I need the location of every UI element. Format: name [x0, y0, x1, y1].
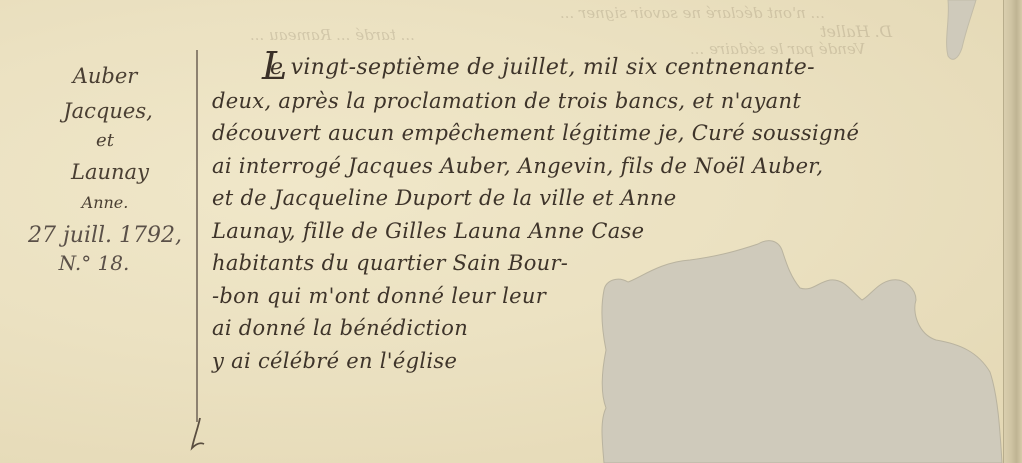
margin-surname-bride: Launay — [30, 162, 190, 183]
entry-line: e vingt-septième de juillet, mil six cen… — [212, 52, 1002, 85]
margin-note: Auber Jacques, et Launay Anne. 27 juill.… — [20, 66, 190, 273]
register-page: ... n'ont déclaré ne savoir signer ... .… — [0, 0, 1022, 463]
entry-line: ai donné la bénédiction — [212, 312, 1002, 345]
margin-conjunction: et — [20, 132, 190, 150]
entry-line: deux, après la proclamation de trois ban… — [212, 85, 1002, 118]
margin-date: 27 juill. 1792, — [20, 225, 190, 247]
entry-line: habitants du quartier Sain Bour- — [212, 247, 1002, 280]
entry-line: découvert aucun empêchement légitime je,… — [212, 117, 1002, 150]
entry-line: et de Jacqueline Duport de la ville et A… — [212, 182, 1002, 215]
margin-entry-number: N.° 18. — [0, 253, 190, 273]
margin-forename-bride: Anne. — [20, 195, 190, 211]
rule-flourish-icon — [190, 414, 230, 454]
bleed-through-line: ... n'ont déclaré ne savoir signer ... — [560, 4, 825, 22]
margin-rule — [196, 50, 198, 422]
entry-line: -bon qui m'ont donné leur leur — [212, 280, 1002, 313]
margin-surname-groom: Auber — [20, 66, 190, 87]
entry-line: Launay, fille de Gilles Launa Anne Case — [212, 215, 1002, 248]
entry-body: e vingt-septième de juillet, mil six cen… — [212, 52, 1002, 377]
entry-line: ai interrogé Jacques Auber, Angevin, fil… — [212, 150, 1002, 183]
page-binding-edge — [1003, 0, 1022, 463]
bleed-through-line: D. Hallet — [820, 22, 892, 41]
bleed-through-line: ... tardé ... Rameau ... — [250, 26, 415, 44]
entry-line: y ai célébré en l'église — [212, 345, 1002, 378]
margin-forename-groom: Jacques, — [26, 101, 190, 122]
